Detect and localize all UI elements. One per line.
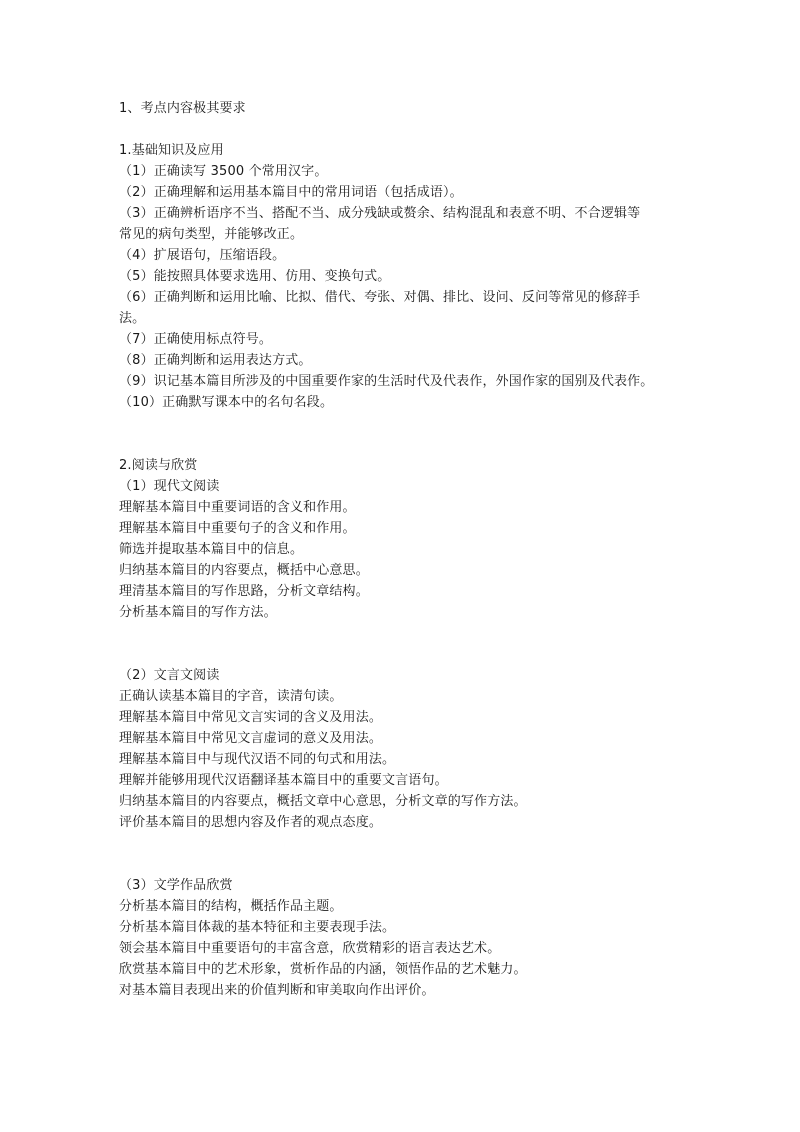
list-item: （6）正确判断和运用比喻、比拟、借代、夸张、对偶、排比、设问、反问等常见的修辞手	[119, 287, 691, 308]
list-item: 理解基本篇目中重要句子的含义和作用。	[119, 518, 691, 539]
subsection-heading: （1）现代文阅读	[119, 476, 691, 497]
spacer	[119, 833, 691, 875]
list-item: 理解基本篇目中与现代汉语不同的句式和用法。	[119, 749, 691, 770]
section-heading: 2.阅读与欣赏	[119, 455, 691, 476]
list-item: （7）正确使用标点符号。	[119, 329, 691, 350]
list-item: （5）能按照具体要求选用、仿用、变换句式。	[119, 266, 691, 287]
document-page: 1、考点内容极其要求 1.基础知识及应用 （1）正确读写 3500 个常用汉字。…	[119, 98, 691, 1001]
list-item: 领会基本篇目中重要语句的丰富含意，欣赏精彩的语言表达艺术。	[119, 938, 691, 959]
list-item: 理解基本篇目中重要词语的含义和作用。	[119, 497, 691, 518]
list-item: 分析基本篇目的结构，概括作品主题。	[119, 896, 691, 917]
list-item: 欣赏基本篇目中的艺术形象，赏析作品的内涵，领悟作品的艺术魅力。	[119, 959, 691, 980]
section-heading: 1.基础知识及应用	[119, 140, 691, 161]
list-item: （1）正确读写 3500 个常用汉字。	[119, 161, 691, 182]
spacer	[119, 413, 691, 455]
list-item: （3）正确辨析语序不当、搭配不当、成分残缺或赘余、结构混乱和表意不明、不合逻辑等	[119, 203, 691, 224]
list-item: 分析基本篇目的写作方法。	[119, 602, 691, 623]
subsection-heading: （3）文学作品欣赏	[119, 875, 691, 896]
subsection-classical-reading: （2）文言文阅读 正确认读基本篇目的字音，读清句读。 理解基本篇目中常见文言实词…	[119, 665, 691, 833]
section-basic-knowledge: 1.基础知识及应用 （1）正确读写 3500 个常用汉字。 （2）正确理解和运用…	[119, 140, 691, 413]
list-item: 理清基本篇目的写作思路，分析文章结构。	[119, 581, 691, 602]
list-item: 理解基本篇目中常见文言虚词的意义及用法。	[119, 728, 691, 749]
list-item: 对基本篇目表现出来的价值判断和审美取向作出评价。	[119, 980, 691, 1001]
subsection-heading: （2）文言文阅读	[119, 665, 691, 686]
list-item: （10）正确默写课本中的名句名段。	[119, 392, 691, 413]
spacer	[119, 623, 691, 665]
list-item: （9）识记基本篇目所涉及的中国重要作家的生活时代及代表作，外国作家的国别及代表作…	[119, 371, 691, 392]
list-item: （2）正确理解和运用基本篇目中的常用词语（包括成语）。	[119, 182, 691, 203]
spacer	[119, 119, 691, 140]
list-item: （4）扩展语句，压缩语段。	[119, 245, 691, 266]
list-item: 分析基本篇目体裁的基本特征和主要表现手法。	[119, 917, 691, 938]
list-item: 筛选并提取基本篇目中的信息。	[119, 539, 691, 560]
list-item: 理解基本篇目中常见文言实词的含义及用法。	[119, 707, 691, 728]
list-item: （8）正确判断和运用表达方式。	[119, 350, 691, 371]
list-item: 正确认读基本篇目的字音，读清句读。	[119, 686, 691, 707]
list-item-continuation: 常见的病句类型，并能够改正。	[119, 224, 691, 245]
list-item: 理解并能够用现代汉语翻译基本篇目中的重要文言语句。	[119, 770, 691, 791]
list-item-continuation: 法。	[119, 308, 691, 329]
list-item: 评价基本篇目的思想内容及作者的观点态度。	[119, 812, 691, 833]
section-reading-appreciation: 2.阅读与欣赏 （1）现代文阅读 理解基本篇目中重要词语的含义和作用。 理解基本…	[119, 455, 691, 1001]
subsection-modern-reading: （1）现代文阅读 理解基本篇目中重要词语的含义和作用。 理解基本篇目中重要句子的…	[119, 476, 691, 623]
list-item: 归纳基本篇目的内容要点，概括中心意思。	[119, 560, 691, 581]
list-item: 归纳基本篇目的内容要点，概括文章中心意思，分析文章的写作方法。	[119, 791, 691, 812]
document-title: 1、考点内容极其要求	[119, 98, 691, 119]
subsection-literary-appreciation: （3）文学作品欣赏 分析基本篇目的结构，概括作品主题。 分析基本篇目体裁的基本特…	[119, 875, 691, 1001]
